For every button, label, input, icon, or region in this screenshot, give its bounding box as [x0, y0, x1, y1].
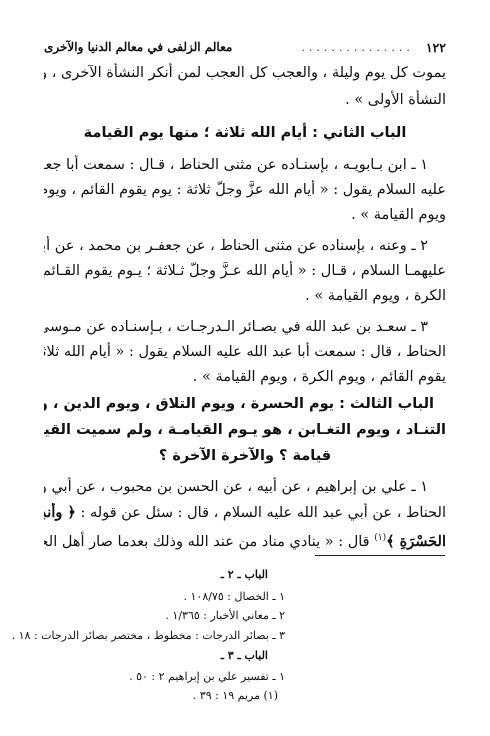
- footnote-item: ١ ـ الخصال : ١٠٨/٧٥ .: [184, 589, 285, 605]
- hadith-1-line: ١ ـ ابن بـابويـه ، بإسنـاده عن مثنى الحن…: [44, 155, 446, 175]
- footnote-item: ٢ ـ معاني الأخبار : ١/٣٦٥ .: [165, 608, 285, 624]
- leader-dots: ...............: [236, 41, 414, 54]
- chapter-3-heading-line: الباب الثالث : يوم الحسرة ، ويوم التلاق …: [44, 393, 446, 415]
- footnote-section-label: الباب ـ ٣ ـ: [221, 648, 268, 664]
- footnote-item: ٣ ـ بصائر الدرجات : مخطوط ، مختصر بصائر …: [12, 628, 285, 644]
- hadith-4-line: ١ ـ علي بن إبراهيم ، عن أبيه ، عن الحسن …: [44, 477, 446, 497]
- hadith-3-line: يقوم القائم ، ويوم الكرة ، ويوم القيامة …: [44, 367, 446, 387]
- book-title: معالم الزلفى في معالم الدنيا والآخرى: [44, 40, 232, 54]
- hadith-4-line: الحَسْرَةِ ﴾(١) قال : « ينادي مناد من عن…: [44, 528, 446, 552]
- body-line: يموت كل يوم وليلة ، والعجب كل العجب لمن …: [44, 63, 446, 83]
- footnote-reference[interactable]: (١): [374, 533, 386, 543]
- chapter-3-heading-line: قيامة ؟ والآخرة الآخرة ؟: [44, 445, 446, 467]
- running-header: ١٢٢ ............... معالم الزلفى في معال…: [44, 37, 446, 57]
- footnote-separator: [315, 555, 445, 556]
- footnote-item: ١ ـ تفسير علي بن إبراهيم ٢ : ٥٠ .: [129, 669, 285, 685]
- footnote-section-label: الباب ـ ٢ ـ: [221, 567, 268, 583]
- hadith-text: الحناط ، عن أبي عبد الله عليه السلام ، ق…: [76, 505, 446, 521]
- hadith-2-line: ٢ ـ وعنه ، بإسناده عن مثنى الحناط ، عن ج…: [44, 236, 446, 256]
- hadith-1-line: ويوم القيامة » .: [44, 205, 446, 225]
- hadith-1-line: عليه السلام يقول : « أيام الله عزَّ وجلّ…: [44, 180, 446, 200]
- chapter-2-heading: الباب الثاني : أيام الله ثلاثة ؛ منها يو…: [44, 122, 446, 144]
- page-number: ١٢٢: [426, 40, 446, 55]
- hadith-2-line: عليهمـا السلام ، قـال : « أيام الله عـزَ…: [44, 261, 446, 281]
- hadith-3-line: الحناط ، قال : سمعت أبا عبد الله عليه ال…: [44, 342, 446, 362]
- footnote-item: (١) مريم ١٩ : ٣٩ .: [193, 688, 278, 704]
- hadith-text: قال : « ينادي مناد من عند الله وذلك بعدم…: [44, 534, 374, 550]
- chapter-3-heading-line: التنـاد ، ويوم التغـابن ، هو يـوم القيام…: [44, 419, 446, 441]
- body-line: النشأة الأولى » .: [44, 90, 446, 110]
- book-page: ١٢٢ ............... معالم الزلفى في معال…: [0, 0, 490, 736]
- hadith-2-line: الكرة ، ويوم القيامة » .: [44, 286, 446, 306]
- quran-verse: ﴿ وأَنذِرْهُمْ يَوْمَ: [44, 504, 76, 521]
- hadith-3-line: ٣ ـ سعـد بن عبد الله في بصـائر الـدرجـات…: [44, 317, 446, 337]
- quran-verse: الحَسْرَةِ ﴾: [386, 533, 446, 550]
- hadith-4-line: الحناط ، عن أبي عبد الله عليه السلام ، ق…: [44, 503, 446, 523]
